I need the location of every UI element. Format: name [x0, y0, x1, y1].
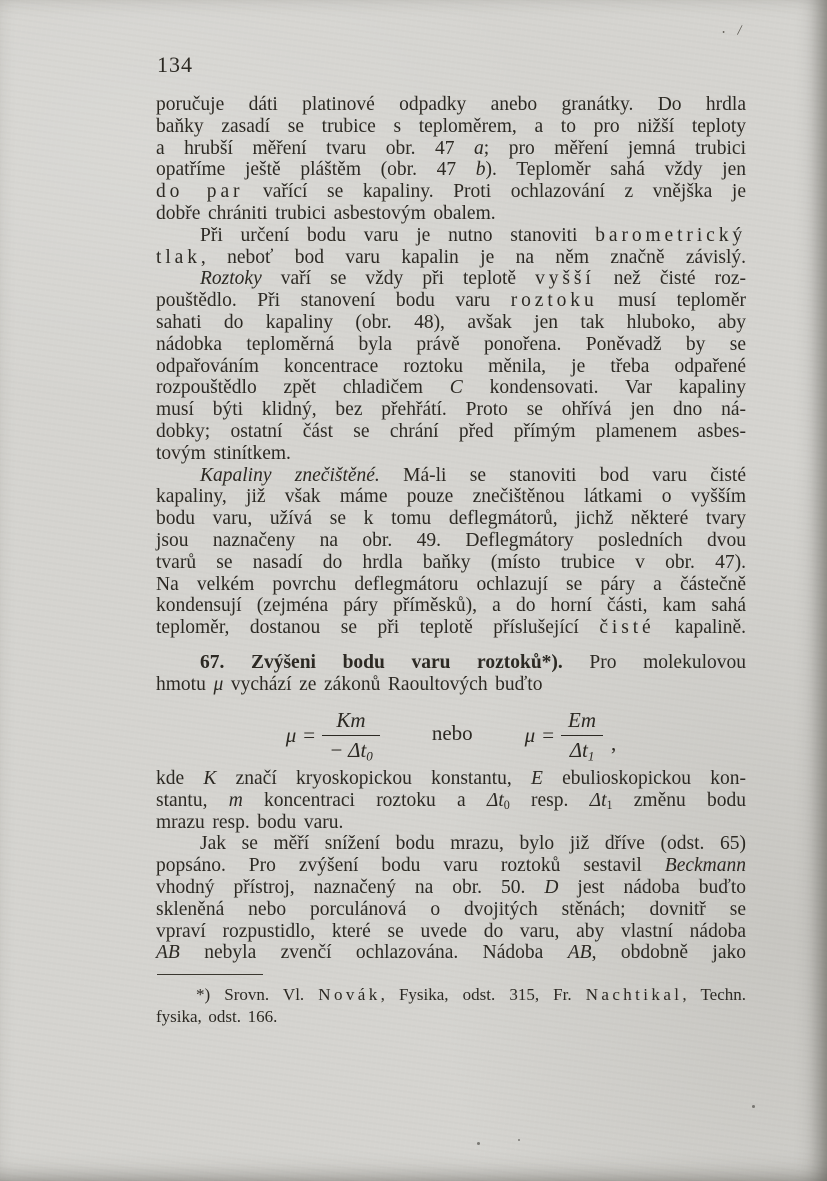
text-line: odpařováním koncentrace roztoku měnila, …	[156, 356, 746, 378]
mu-symbol: μ	[286, 723, 297, 748]
fraction-1: Km − Δt0	[322, 708, 380, 763]
text-line: a hrubší měření tvaru obr. 47 a; pro měř…	[156, 138, 746, 160]
equals-sign: =	[542, 723, 554, 748]
text-line: nádobka teploměrná byla právě ponořena. …	[156, 334, 746, 356]
footnote: *) Srovn. Vl. Novák, Fysika, odst. 315, …	[156, 984, 746, 1028]
text-line: opatříme ještě pláštěm (obr. 47 b). Tepl…	[156, 159, 746, 181]
footnote-rule	[157, 974, 263, 975]
text-line: baňky zasadí se trubice s teploměrem, a …	[156, 116, 746, 138]
fraction-1-numerator: Km	[322, 708, 380, 735]
text-line: pouštědlo. Při stanovení bodu varu rozto…	[156, 290, 746, 312]
text-line: kapaliny, již však máme pouze znečištěno…	[156, 486, 746, 508]
formula-block: μ = Km − Δt0 nebo μ = Em Δt1 ,	[156, 704, 746, 766]
body-text-upper: poručuje dáti platinové odpadky anebo gr…	[156, 94, 746, 696]
subscript: 0	[366, 748, 373, 763]
mu-symbol: μ	[525, 723, 536, 748]
text-line: bodu varu, užívá se k tomu deflegmátorů,…	[156, 508, 746, 530]
scan-speck	[518, 1139, 520, 1141]
subscript: 1	[588, 748, 595, 763]
text-line: jsou naznačeny na obr. 49. Deflegmátory …	[156, 530, 746, 552]
text-line: popsáno. Pro zvýšení bodu varu roztoků s…	[156, 855, 746, 877]
section-heading-continuation: hmotu μ vychází ze zákonů Raoultových bu…	[156, 674, 746, 696]
text-line: tlak, neboť bod varu kapalin je na něm z…	[156, 247, 746, 269]
footnote-line: *) Srovn. Vl. Novák, Fysika, odst. 315, …	[156, 984, 746, 1006]
text-line: tovým stinítkem.	[156, 443, 746, 465]
footnote-line: fysika, odst. 166.	[156, 1006, 746, 1028]
text-line: poručuje dáti platinové odpadky anebo gr…	[156, 94, 746, 116]
text-line: musí býti klidný, bez přehřátí. Proto se…	[156, 399, 746, 421]
text-line: teploměr, dostanou se při teplotě příslu…	[156, 617, 746, 639]
section-heading: 67. Zvýšeni bodu varu roztoků*). Pro mol…	[156, 652, 746, 674]
text-line: skleněná nebo porculánová o dvojitých st…	[156, 899, 746, 921]
scan-mark: . /	[721, 20, 747, 40]
fraction-2-denominator: Δt1	[561, 735, 603, 763]
scan-speck	[477, 1142, 480, 1145]
fraction-2: Em Δt1	[561, 708, 603, 763]
text-line: stantu, m koncentraci roztoku a Δt0 resp…	[156, 790, 746, 812]
formula-equation-1: μ = Km − Δt0	[286, 708, 380, 763]
text-line: dobky; ostatní část se chrání před přímý…	[156, 421, 746, 443]
formula-connector: nebo	[432, 721, 473, 750]
equals-sign: =	[303, 723, 315, 748]
fraction-1-denominator: − Δt0	[322, 735, 380, 763]
text-line: rozpouštědlo zpět chladičem C kondensova…	[156, 377, 746, 399]
text-line: Roztoky vaří se vždy při teplotě vyšší n…	[156, 268, 746, 290]
text-line: Na velkém povrchu deflegmátoru ochlazují…	[156, 574, 746, 596]
text-line: sahati do kapaliny (obr. 48), avšak jen …	[156, 312, 746, 334]
formula-equation-2: μ = Em Δt1	[525, 708, 603, 763]
text-line: do par vařící se kapaliny. Proti ochlazo…	[156, 181, 746, 203]
text-line: Jak se měří snížení bodu mrazu, bylo již…	[156, 833, 746, 855]
text-line: tvarů se nasadí do hrdla baňky (místo tr…	[156, 552, 746, 574]
page-number: 134	[157, 52, 193, 78]
text-line: AB nebyla zvenčí ochlazována. Nádoba AB,…	[156, 942, 746, 964]
scan-speck	[752, 1105, 755, 1108]
text-line: Při určení bodu varu je nutno stanoviti …	[156, 225, 746, 247]
book-page-scan: 134 . / poručuje dáti platinové odpadky …	[0, 0, 827, 1181]
text-line: mrazu resp. bodu varu.	[156, 812, 746, 834]
formula-trailing-comma: ,	[611, 731, 616, 766]
text-line: vhodný přístroj, naznačený na obr. 50. D…	[156, 877, 746, 899]
text-line: dobře chrániti trubici asbestovým obalem…	[156, 203, 746, 225]
text-line: kde K značí kryoskopickou konstantu, E e…	[156, 768, 746, 790]
fraction-2-numerator: Em	[561, 708, 603, 735]
text-line: kondensují (zejména páry příměsků), a do…	[156, 595, 746, 617]
text-line: Kapaliny znečištěné. Má-li se stanoviti …	[156, 465, 746, 487]
body-text-lower: kde K značí kryoskopickou konstantu, E e…	[156, 768, 746, 964]
text-line: vpraví rozpustidlo, které se uvede do va…	[156, 921, 746, 943]
